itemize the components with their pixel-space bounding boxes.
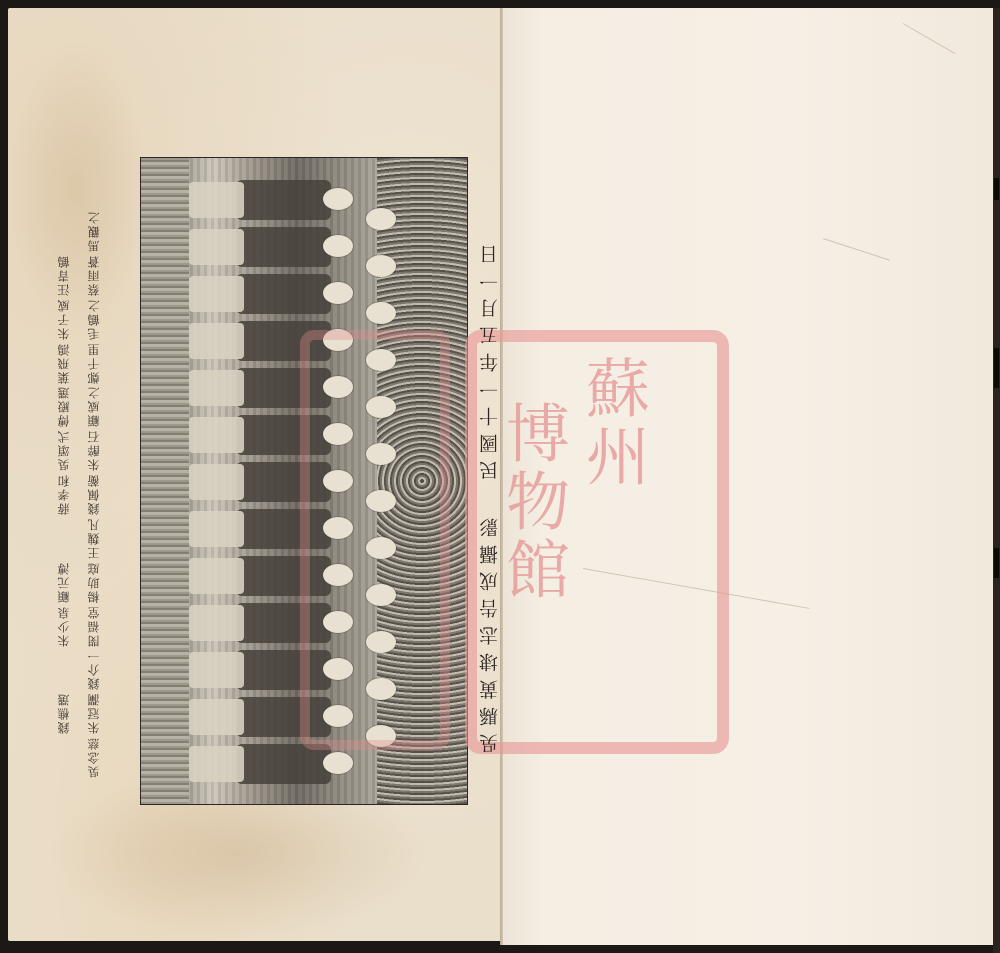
paper-crease: [823, 238, 890, 261]
person-name: 汪青鶴: [57, 254, 71, 296]
person-name: 顧威之: [87, 385, 101, 427]
person-name: 鄭千里: [87, 342, 101, 384]
face: [366, 255, 396, 277]
robe: [236, 180, 331, 220]
person-name: 葉飛鴻: [57, 342, 71, 384]
seal-text-right: 蘇州: [580, 355, 644, 491]
edge-tab: [994, 548, 999, 578]
person-name: 朱冠瀾: [87, 692, 101, 734]
person-name: 吳念慈: [87, 736, 101, 778]
seal-impression-faint: [300, 330, 450, 750]
person-name: 王魏凡: [87, 517, 101, 559]
seated-legs: [189, 746, 244, 782]
seated-legs: [189, 276, 244, 312]
person-name: 錢介一: [87, 648, 101, 690]
person-name: 朱子威: [57, 298, 71, 340]
seated-legs: [189, 323, 244, 359]
person-name: 朱少泉: [57, 605, 71, 647]
seated-legs: [189, 699, 244, 735]
face: [323, 752, 353, 774]
photo-caption: 吳縣黃埭志告成攝影 民國十一年五月一日: [476, 210, 502, 780]
person-name: 馬觀之: [87, 210, 101, 252]
scanned-page-background: 蘇州 博物館 吳縣黃埭志告成攝影 民國十一年五月一日 馬觀之蔡雨蒼汪青鶴毛鶴之朱…: [0, 0, 1000, 953]
edge-tab: [994, 348, 999, 388]
seated-legs: [189, 558, 244, 594]
seated-legs: [189, 182, 244, 218]
seal-text-left: 博物館: [500, 400, 564, 604]
seated-legs: [189, 652, 244, 688]
robe: [236, 274, 331, 314]
person-name: 朱醉石: [87, 429, 101, 471]
name-list: 馬觀之蔡雨蒼汪青鶴毛鶴之朱子威鄭千里葉飛鴻顧威之傅殿選朱醉石吳頌弍錢佩蘅蔣孝和王…: [25, 210, 137, 790]
seated-legs: [189, 370, 244, 406]
person-name: 傅殿選: [57, 385, 71, 427]
face: [323, 188, 353, 210]
seated-legs: [189, 229, 244, 265]
face: [366, 208, 396, 230]
edge-tab: [994, 178, 999, 200]
robe: [236, 227, 331, 267]
seated-legs: [189, 464, 244, 500]
person-name: 毛鶴之: [87, 298, 101, 340]
person-name: 顧元溥: [57, 561, 71, 603]
right-book-edge: [993, 8, 1000, 953]
person-name: 吳頌弍: [57, 429, 71, 471]
person-name: 錢佩蘅: [87, 473, 101, 515]
person-name: 蔣孝和: [57, 473, 71, 515]
robe: [236, 744, 331, 784]
face: [323, 235, 353, 257]
photo-grass: [141, 158, 189, 804]
face: [366, 302, 396, 324]
person-name: 錢樵選: [57, 692, 71, 734]
person-name: 楊助庭: [87, 561, 101, 603]
seated-legs: [189, 605, 244, 641]
paper-crease: [903, 23, 955, 54]
person-name: 閔福堂: [87, 605, 101, 647]
seated-legs: [189, 417, 244, 453]
person-name: 蔡雨蒼: [87, 254, 101, 296]
seated-legs: [189, 511, 244, 547]
face: [323, 282, 353, 304]
